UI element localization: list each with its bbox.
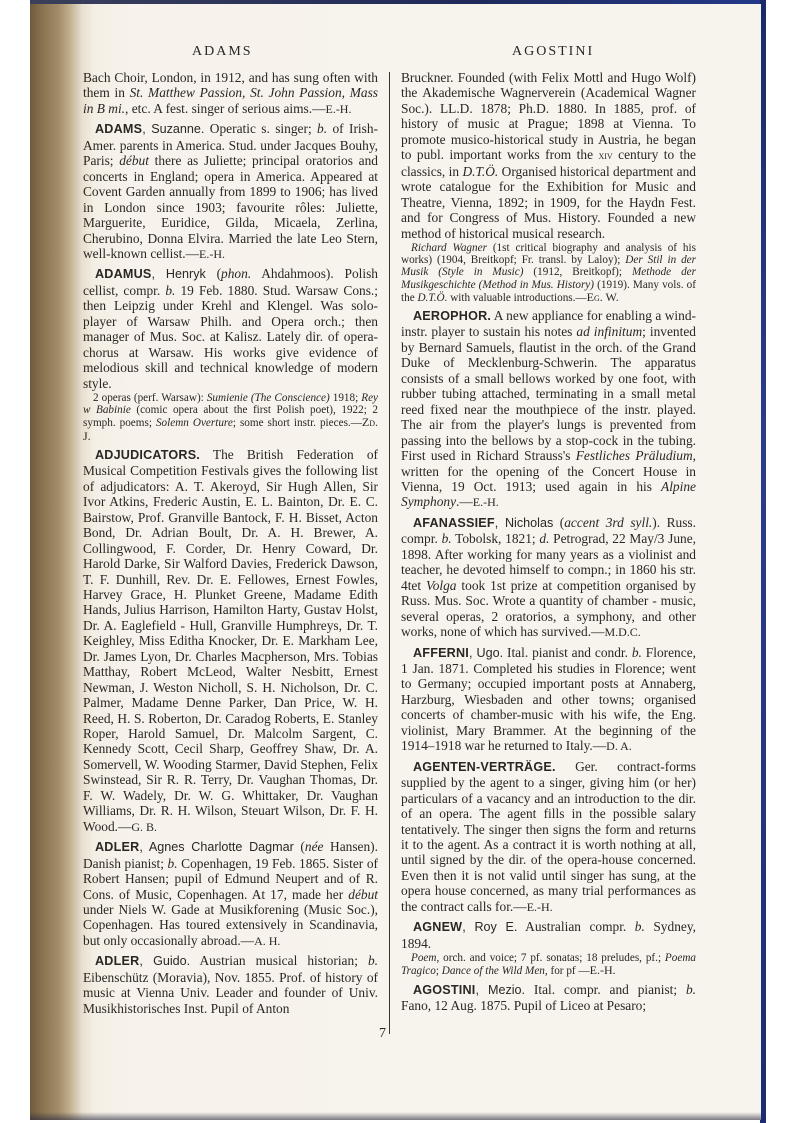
forename: , Guido.: [139, 954, 190, 968]
entry-italic: accent 3rd syll.: [564, 515, 652, 530]
forename: , Suzanne.: [142, 122, 204, 136]
contributor-signature: M.D.C.: [604, 625, 640, 639]
entry-italic: b.: [442, 531, 452, 546]
works-list-adler: Richard Wagner (1st critical biography a…: [401, 242, 696, 304]
entry-afferni: AFFERNI, Ugo. Ital. pianist and condr. b…: [401, 645, 696, 755]
works-text: (1912, Breitkopf);: [523, 266, 632, 278]
entry-italic: b.: [686, 982, 696, 997]
entry-text: Fano, 12 Aug. 1875. Pupil of Liceo at Pe…: [401, 998, 646, 1013]
left-column: Bach Choir, London, in 1912, and has sun…: [83, 70, 378, 1020]
contributor-signature: G. B.: [131, 820, 157, 834]
contributor-signature: E.-H.: [199, 247, 225, 261]
entry-italic: ad infinitum: [576, 324, 642, 339]
entry-agenten-vertraege: AGENTEN-VERTRÄGE. Ger. contract-forms su…: [401, 759, 696, 916]
entry-italic: b.: [368, 953, 378, 968]
entry-italic: Volga: [426, 578, 457, 593]
forename: , Agnes Charlotte Dagmar: [139, 840, 293, 854]
entry-adler-agnes: ADLER, Agnes Charlotte Dagmar (née Hanse…: [83, 839, 378, 949]
entry-text: Ital. pianist and condr.: [503, 645, 632, 660]
entry-text: ; invented by Bernard Samuels, flautist …: [401, 324, 696, 463]
works-text: , orch. and voice; 7 pf. sonatas; 18 pre…: [436, 952, 664, 964]
entry-italic: b.: [317, 121, 327, 136]
entry-text: Florence, 1 Jan. 1871. Completed his stu…: [401, 645, 696, 754]
forename: , Henryk: [151, 267, 205, 281]
works-list-adamus: 2 operas (perf. Warsaw): Sumienie (The C…: [83, 392, 378, 443]
headword: ADJUDICATORS.: [95, 448, 200, 462]
entry-italic: b.: [632, 645, 642, 660]
entry-text: 19 Feb. 1880. Stud. Warsaw Cons.; then L…: [83, 283, 378, 391]
contributor-signature: E.-H.: [590, 963, 616, 977]
entry-italic: Festliches Präludium: [576, 448, 693, 463]
entry-italic: phon.: [221, 266, 251, 281]
entry-text: , etc. A fest. singer of serious aims.—: [125, 101, 325, 116]
forename: , Mezio.: [475, 983, 525, 997]
entry-italic: début: [119, 153, 149, 168]
entry-italic: d.: [539, 531, 549, 546]
running-head-left: ADAMS: [192, 44, 253, 60]
headword: AFANASSIEF: [413, 516, 495, 530]
entry-italic: b.: [165, 283, 175, 298]
entry-text: under Niels W. Gade at Musikforening (Mu…: [83, 902, 378, 948]
entry-adams-continued: Bach Choir, London, in 1912, and has sun…: [83, 70, 378, 117]
headword: AGENTEN-VERTRÄGE.: [413, 760, 556, 774]
roman-numeral: xiv: [598, 148, 612, 162]
entry-aerophor: AEROPHOR. A new appliance for enabling a…: [401, 308, 696, 511]
headword: AEROPHOR.: [413, 309, 491, 323]
works-italic: Poem: [411, 952, 436, 964]
works-italic: D.T.Ö.: [417, 292, 447, 304]
entry-text: Austrian musical historian;: [190, 953, 368, 968]
entry-italic: b.: [168, 856, 178, 871]
entry-text: Ger. contract-forms supplied by the agen…: [401, 759, 696, 914]
headword: ADLER: [95, 840, 139, 854]
contributor-signature: E.-H.: [527, 900, 553, 914]
column-divider: [389, 72, 390, 1034]
entry-afanassief: AFANASSIEF, Nicholas (accent 3rd syll.).…: [401, 515, 696, 641]
contributor-signature: D. A.: [606, 739, 632, 753]
headword: AGOSTINI: [413, 983, 475, 997]
works-italic: Sumienie (The Conscience): [207, 392, 330, 404]
contributor-signature: A. H.: [254, 934, 280, 948]
entry-adams-suzanne: ADAMS, Suzanne. Operatic s. singer; b. o…: [83, 121, 378, 262]
entry-text: Tobolsk, 1821;: [452, 531, 540, 546]
works-text: with valuable introductions.—: [447, 292, 586, 304]
entry-text: there as Juliette; principal oratorios a…: [83, 153, 378, 261]
works-text: 1918;: [330, 392, 362, 404]
works-text: , for pf —: [545, 965, 590, 977]
headword: AFFERNI: [413, 646, 469, 660]
entry-adjudicators: ADJUDICATORS. The British Federation of …: [83, 447, 378, 835]
entry-text: The British Federation of Musical Compet…: [83, 447, 378, 834]
entry-adler-guido: ADLER, Guido. Austrian musical historian…: [83, 953, 378, 1016]
entry-text: (: [206, 266, 221, 281]
headword: AGNEW: [413, 920, 462, 934]
works-text: 2 operas (perf. Warsaw):: [93, 392, 207, 404]
works-italic: Solemn Overture: [156, 417, 233, 429]
entry-text: (: [294, 839, 305, 854]
entry-italic: née: [305, 839, 324, 854]
entry-agnew: AGNEW, Roy E. Australian compr. b. Sydne…: [401, 919, 696, 951]
entry-text: Eibenschütz (Moravia), Nov. 1855. Prof. …: [83, 970, 378, 1016]
works-italic: Dance of the Wild Men: [442, 965, 545, 977]
running-head-right: AGOSTINI: [512, 44, 594, 60]
forename: , Roy E.: [462, 920, 517, 934]
entry-text: .—: [456, 494, 473, 509]
entry-text: Australian compr.: [517, 919, 634, 934]
forename: , Nicholas: [495, 516, 553, 530]
contributor-signature: E.-H.: [325, 102, 351, 116]
right-column: Bruckner. Founded (with Felix Mottl and …: [401, 70, 696, 1017]
entry-italic: b.: [635, 919, 645, 934]
entry-adamus: ADAMUS, Henryk (phon. Ahdahmoos). Polish…: [83, 266, 378, 391]
entry-italic: début: [348, 887, 378, 902]
entry-text: Operatic s. singer;: [204, 121, 317, 136]
headword: ADLER: [95, 954, 139, 968]
entry-adler-guido-continued: Bruckner. Founded (with Felix Mottl and …: [401, 70, 696, 241]
works-italic: Richard Wagner: [411, 242, 487, 254]
forename: , Ugo.: [469, 646, 503, 660]
works-text: ; some short instr. pieces.—: [233, 417, 362, 429]
entry-agostini: AGOSTINI, Mezio. Ital. compr. and pianis…: [401, 982, 696, 1014]
headword: ADAMS: [95, 122, 142, 136]
entry-italic: D.T.Ö.: [462, 164, 498, 179]
works-list-agnew: Poem, orch. and voice; 7 pf. sonatas; 18…: [401, 952, 696, 977]
entry-text: (: [553, 515, 564, 530]
entry-text: Ital. compr. and pianist;: [525, 982, 686, 997]
headword: ADAMUS: [95, 267, 151, 281]
contributor-signature: Eg. W.: [587, 290, 619, 304]
contributor-signature: E.-H.: [473, 495, 499, 509]
page-number: 7: [379, 1026, 386, 1042]
page-bottom-shadow: [30, 1112, 761, 1120]
